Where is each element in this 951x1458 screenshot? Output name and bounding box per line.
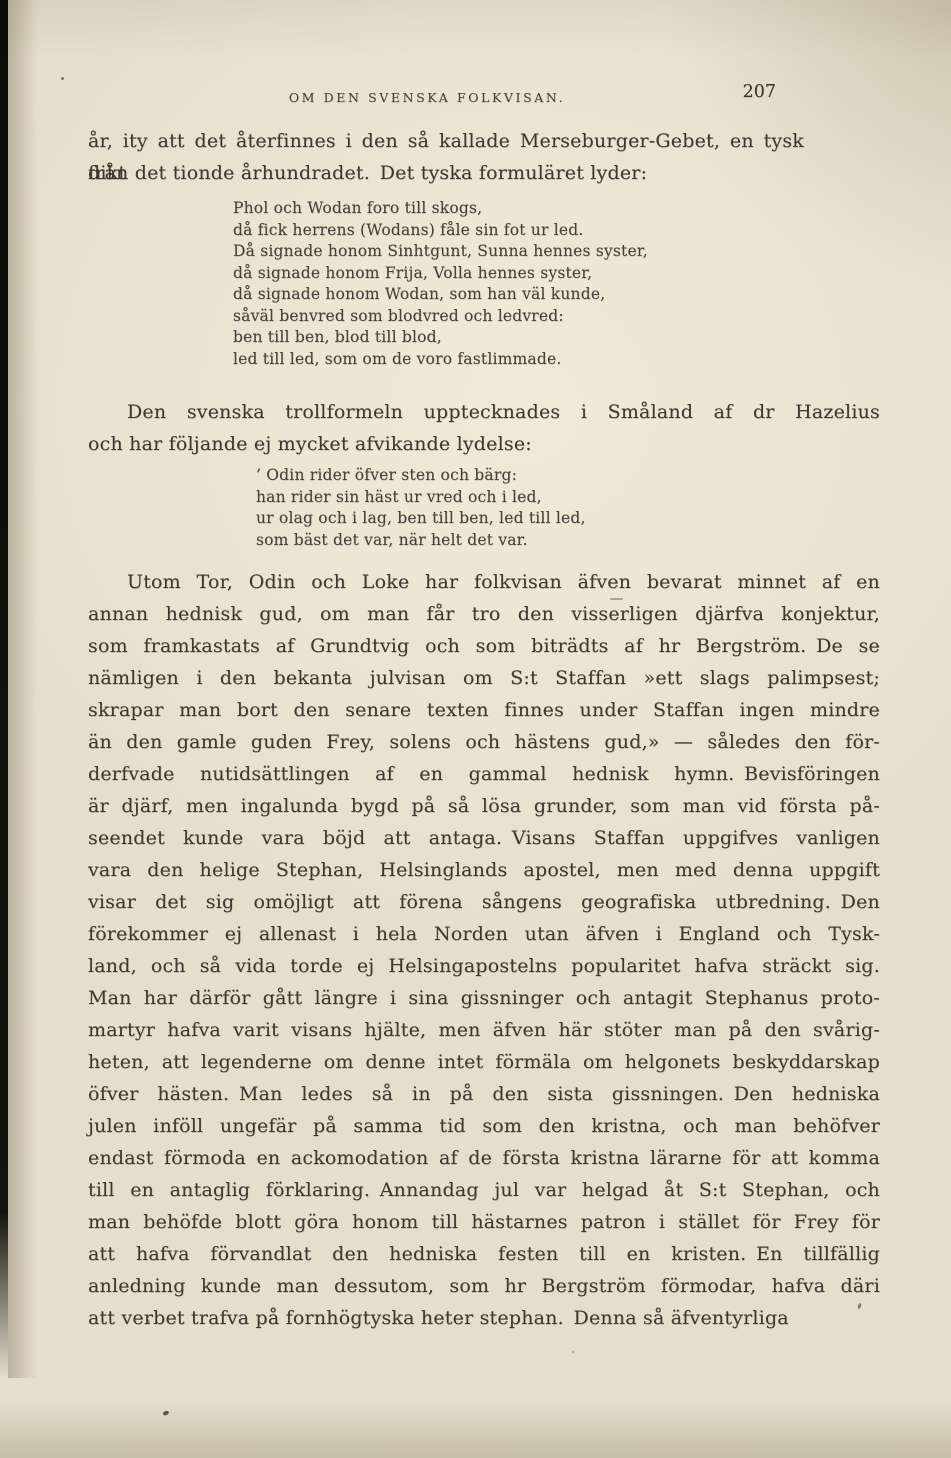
text-line: då signade honom Wodan, som han väl kund… [233,284,880,306]
page-header: OM DEN SVENSKA FOLKVISAN. 207 [88,85,880,107]
paragraph-main: Utom Tor, Odin och Loke har folkvisan äf… [88,566,880,1334]
page-gutter-shadow [8,0,38,1378]
paper-speck [162,1410,169,1416]
book-page-scan: { "document": { "header": { "running_tit… [0,0,951,1458]
text-line: Phol och Wodan foro till skogs, [233,198,880,220]
text-line: Den svenska trollformeln upptecknades i … [88,396,880,428]
running-title: OM DEN SVENSKA FOLKVISAN. [31,90,823,105]
text-line: Utom Tor, Odin och Loke har folkvisan äf… [88,566,880,598]
text-line: vara den helige Stephan, Helsinglands ap… [88,854,880,886]
text-line: och har följande ej mycket afvikande lyd… [88,428,880,460]
text-line: ’ Odin rider öfver sten och bärg: [256,465,880,487]
text-line: att verbet trafva på fornhögtyska heter … [88,1302,880,1334]
paper-speck [147,1320,150,1323]
text-line: från det tionde århundradet. Det tyska f… [88,157,804,189]
text-line: heten, att legenderne om denne intet för… [88,1046,880,1078]
text-line: som bäst det var, när helt det var. [256,530,880,552]
text-line: är djärf, men ingalunda bygd på så lösa … [88,790,880,822]
text-line: nämligen i den bekanta julvisan om S:t S… [88,662,880,694]
text-line: Man har därför gått längre i sina gissni… [88,982,880,1014]
text-line: seendet kunde vara böjd att antaga. Visa… [88,822,880,854]
paragraph-formula-intro: Den svenska trollformeln upptecknades i … [88,396,880,460]
text-line: visar det sig omöjligt att förena sången… [88,886,880,918]
text-line: att hafva förvandlat den hedniska festen… [88,1238,880,1270]
text-line: ben till ben, blod till blod, [233,327,880,349]
scan-left-edge [0,0,8,1378]
text-column: OM DEN SVENSKA FOLKVISAN. 207 år, ity at… [88,85,880,1334]
text-line: derfvade nutidsättlingen af en gammal he… [88,758,880,790]
text-line: som framkastats af Grundtvig och som bit… [88,630,880,662]
text-line: man behöfde blott göra honom till hästar… [88,1206,880,1238]
text-line: öfver hästen. Man ledes så in på den sis… [88,1078,880,1110]
paper-speck [610,598,623,600]
text-line: då fick herrens (Wodans) fåle sin fot ur… [233,220,880,242]
text-line: led till led, som om de voro fastlimmade… [233,349,880,371]
verse-swedish-formula: ’ Odin rider öfver sten och bärg:han rid… [256,465,880,551]
paragraph-opening: år, ity att det återfinnes i den så kall… [88,125,804,189]
text-line: endast förmoda en ackomodation af de för… [88,1142,880,1174]
text-line: land, och så vida torde ej Helsingaposte… [88,950,880,982]
text-line: julen inföll ungefär på samma tid som de… [88,1110,880,1142]
verse-german-merseburg: Phol och Wodan foro till skogs,då fick h… [233,198,880,370]
paper-speck [572,1351,574,1353]
text-line: han rider sin häst ur vred och i led, [256,487,880,509]
text-line: anledning kunde man dessutom, som hr Ber… [88,1270,880,1302]
page-number: 207 [743,82,776,102]
text-line: skrapar man bort den senare texten finne… [88,694,880,726]
text-line: än den gamle guden Frey, solens och häst… [88,726,880,758]
text-line: annan hednisk gud, om man får tro den vi… [88,598,880,630]
text-line: martyr hafva varit visans hjälte, men äf… [88,1014,880,1046]
text-line: ur olag och i lag, ben till ben, led til… [256,508,880,530]
text-line: då signade honom Frija, Volla hennes sys… [233,263,880,285]
paper-speck [61,77,64,80]
text-line: såväl benvred som blodvred och ledvred: [233,306,880,328]
text-line: år, ity att det återfinnes i den så kall… [88,125,804,157]
text-line: förekommer ej allenast i hela Norden uta… [88,918,880,950]
text-line: till en antaglig förklaring. Annandag ju… [88,1174,880,1206]
text-line: Då signade honom Sinhtgunt, Sunna hennes… [233,241,880,263]
